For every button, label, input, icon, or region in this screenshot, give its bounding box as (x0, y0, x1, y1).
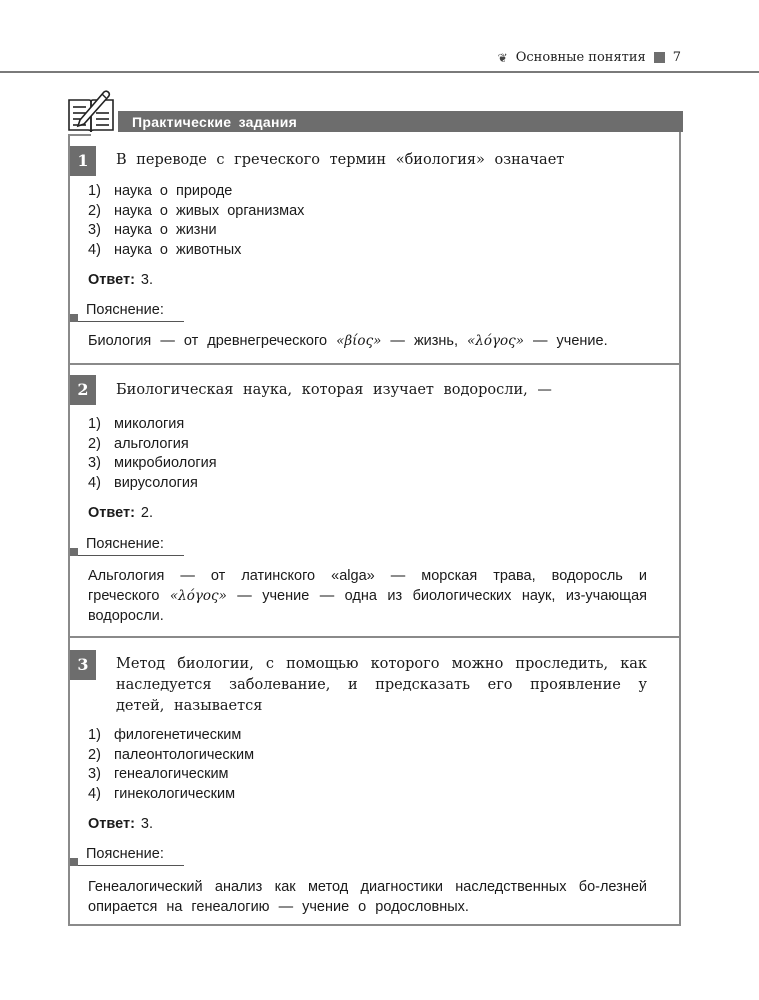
option-2: 2)альгология (88, 435, 217, 455)
option-4: 4)гинекологическим (88, 785, 254, 805)
option-3: 3)микробиология (88, 454, 217, 474)
options-list: 1)микология 2)альгология 3)микробиология… (88, 415, 217, 493)
option-4: 4)вирусология (88, 474, 217, 494)
option-3: 3)наука о жизни (88, 221, 304, 241)
option-2: 2)наука о живых организмах (88, 202, 304, 222)
explanation-text: Биология — от древнегреческого «βίος» — … (88, 331, 647, 351)
option-1: 1)филогенетическим (88, 726, 254, 746)
task-question: Метод биологии, с помощью которого можно… (116, 654, 647, 717)
leaf-ornament-icon: ❦ (498, 51, 508, 65)
task-question: В переводе с греческого термин «биология… (116, 150, 647, 171)
answer: Ответ:2. (88, 505, 153, 521)
section-name: Основные понятия (516, 50, 646, 65)
book-with-pen-icon (66, 88, 116, 136)
task-number: 2 (70, 375, 96, 405)
answer: Ответ:3. (88, 272, 153, 288)
explanation-heading: Пояснение: (70, 301, 184, 322)
options-list: 1)филогенетическим 2)палеонтологическим … (88, 726, 254, 804)
explanation-text: Альгология — от латинского «alga» — морс… (88, 566, 647, 626)
section-title: Практические задания (118, 111, 683, 132)
explanation-heading: Пояснение: (70, 845, 184, 866)
option-3: 3)генеалогическим (88, 765, 254, 785)
option-2: 2)палеонтологическим (88, 746, 254, 766)
header-rule (0, 71, 759, 73)
task-3: 3 Метод биологии, с помощью которого мож… (70, 636, 679, 926)
task-1: 1 В переводе с греческого термин «биолог… (70, 146, 679, 363)
option-4: 4)наука о животных (88, 241, 304, 261)
option-1: 1)наука о природе (88, 182, 304, 202)
task-number: 3 (70, 650, 96, 680)
page-number: 7 (673, 50, 681, 65)
explanation-text: Генеалогический анализ как метод диагнос… (88, 877, 647, 917)
square-marker-icon (654, 52, 665, 63)
task-number: 1 (70, 146, 96, 176)
answer: Ответ:3. (88, 816, 153, 832)
task-2: 2 Биологическая наука, которая изучает в… (70, 363, 679, 638)
running-head: ❦ Основные понятия 7 (498, 50, 681, 65)
task-question: Биологическая наука, которая изучает вод… (116, 380, 647, 401)
explanation-heading: Пояснение: (70, 535, 184, 556)
options-list: 1)наука о природе 2)наука о живых органи… (88, 182, 304, 260)
option-1: 1)микология (88, 415, 217, 435)
